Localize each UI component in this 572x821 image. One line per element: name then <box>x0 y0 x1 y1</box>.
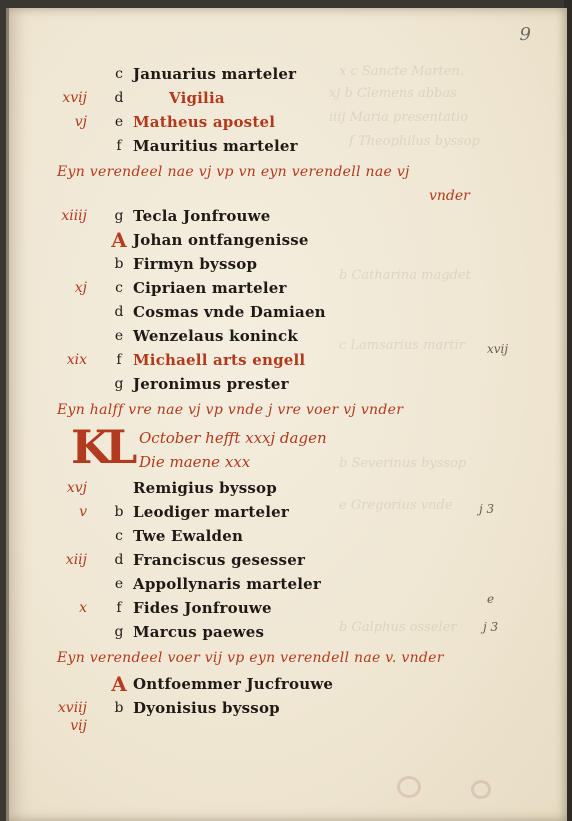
stain-mark <box>397 776 421 798</box>
dominical-letter: f <box>111 348 127 372</box>
saint-entry: Remigius byssop <box>133 476 277 500</box>
dominical-letter: f <box>111 596 127 620</box>
golden-number: xj <box>41 276 87 300</box>
margin-note: e <box>487 592 494 606</box>
dominical-letter: A <box>111 228 127 252</box>
saint-entry: Appollynaris marteler <box>133 572 321 596</box>
daylight-rubric: Eyn halff vre nae vj vp vnde j vre voer … <box>57 398 403 422</box>
calendar-line: xj c Cipriaen marteler <box>9 276 567 300</box>
saint-entry: Fides Jonfrouwe <box>133 596 272 620</box>
calendar-line: b Firmyn byssop <box>9 252 567 276</box>
golden-number: x <box>41 596 87 620</box>
saint-entry: Cipriaen marteler <box>133 276 287 300</box>
dominical-letter: c <box>111 276 127 300</box>
month-heading: October hefft xxxj dagen <box>139 426 327 450</box>
golden-number: xiiij <box>41 204 87 228</box>
rubric-line: Eyn halff vre nae vj vp vnde j vre voer … <box>9 398 567 422</box>
calendar-line: A Ontfoemmer Jucfrouwe <box>9 672 567 696</box>
saint-entry: Firmyn byssop <box>133 252 257 276</box>
calendar-line: e Wenzelaus koninck <box>9 324 567 348</box>
folio-number: 9 <box>520 24 531 45</box>
rubric-line: Eyn verendeel voer vij vp eyn verendell … <box>9 646 567 670</box>
calendar-line: f Mauritius marteler <box>9 134 567 158</box>
dominical-letter: d <box>111 300 127 324</box>
saint-entry: Ontfoemmer Jucfrouwe <box>133 672 333 696</box>
calendar-line: e Appollynaris marteler <box>9 572 567 596</box>
calendar-line: c Twe Ewalden <box>9 524 567 548</box>
saint-entry: Mauritius marteler <box>133 134 298 158</box>
saint-entry: Matheus apostel <box>133 110 275 134</box>
dominical-letter: A <box>111 672 127 696</box>
calendar-line: x f Fides Jonfrouwe <box>9 596 567 620</box>
dominical-letter: f <box>111 134 127 158</box>
dominical-letter: g <box>111 372 127 396</box>
dominical-letter: e <box>111 572 127 596</box>
dominical-letter: e <box>111 110 127 134</box>
golden-number: xvij <box>41 86 87 110</box>
golden-number: v <box>41 500 87 524</box>
saint-entry: Jeronimus prester <box>133 372 289 396</box>
margin-note: xvij <box>487 342 508 356</box>
golden-number: xix <box>41 348 87 372</box>
rubric-line: Eyn verendeel nae vj vp vn eyn verendell… <box>9 160 567 184</box>
calendar-line: A Johan ontfangenisse <box>9 228 567 252</box>
golden-number: vj <box>41 110 87 134</box>
calendar-line: vj e Matheus apostel <box>9 110 567 134</box>
calendar-line: xvj Remigius byssop <box>9 476 567 500</box>
golden-number: vij <box>41 714 87 738</box>
stain-mark <box>471 780 491 799</box>
manuscript-page: 9 x c Sancte Marten. xj b Clemens abbas … <box>6 8 567 821</box>
moon-heading: Die maene xxx <box>139 450 250 474</box>
dominical-letter: d <box>111 86 127 110</box>
saint-entry: Twe Ewalden <box>133 524 243 548</box>
saint-entry: Michaell arts engell <box>133 348 305 372</box>
dominical-letter: b <box>111 500 127 524</box>
daylight-rubric: Eyn verendeel voer vij vp eyn verendell … <box>57 646 444 670</box>
calendar-line: g Jeronimus prester <box>9 372 567 396</box>
calendar-line: xvij d Vigilia <box>9 86 567 110</box>
margin-note: j 3 <box>479 502 494 516</box>
saint-entry: Vigilia <box>169 86 225 110</box>
golden-number: xvj <box>41 476 87 500</box>
saint-entry: Johan ontfangenisse <box>133 228 309 252</box>
saint-entry: Wenzelaus koninck <box>133 324 298 348</box>
saint-entry: Marcus paewes <box>133 620 264 644</box>
calendar-line: xiiij g Tecla Jonfrouwe <box>9 204 567 228</box>
dominical-letter: c <box>111 524 127 548</box>
daylight-rubric: Eyn verendeel nae vj vp vn eyn verendell… <box>57 160 410 184</box>
calendar-line: xix f Michaell arts engell <box>9 348 567 372</box>
saint-entry: Tecla Jonfrouwe <box>133 204 271 228</box>
dominical-letter: d <box>111 548 127 572</box>
margin-note: j 3 <box>483 620 498 634</box>
calendar-line: vij <box>9 714 567 738</box>
month-heading-line: October hefft xxxj dagen <box>9 426 567 450</box>
saint-entry: Franciscus gesesser <box>133 548 305 572</box>
calendar-line: d Cosmas vnde Damiaen <box>9 300 567 324</box>
dominical-letter: b <box>111 252 127 276</box>
month-heading-line: Die maene xxx <box>9 450 567 474</box>
dominical-letter: c <box>111 62 127 86</box>
dominical-letter: g <box>111 204 127 228</box>
saint-entry: Cosmas vnde Damiaen <box>133 300 326 324</box>
saint-entry: Leodiger marteler <box>133 500 289 524</box>
calendar-line: xiij d Franciscus gesesser <box>9 548 567 572</box>
dominical-letter: g <box>111 620 127 644</box>
golden-number: xiij <box>41 548 87 572</box>
calendar-line: c Januarius marteler <box>9 62 567 86</box>
dominical-letter: e <box>111 324 127 348</box>
saint-entry: Januarius marteler <box>133 62 296 86</box>
